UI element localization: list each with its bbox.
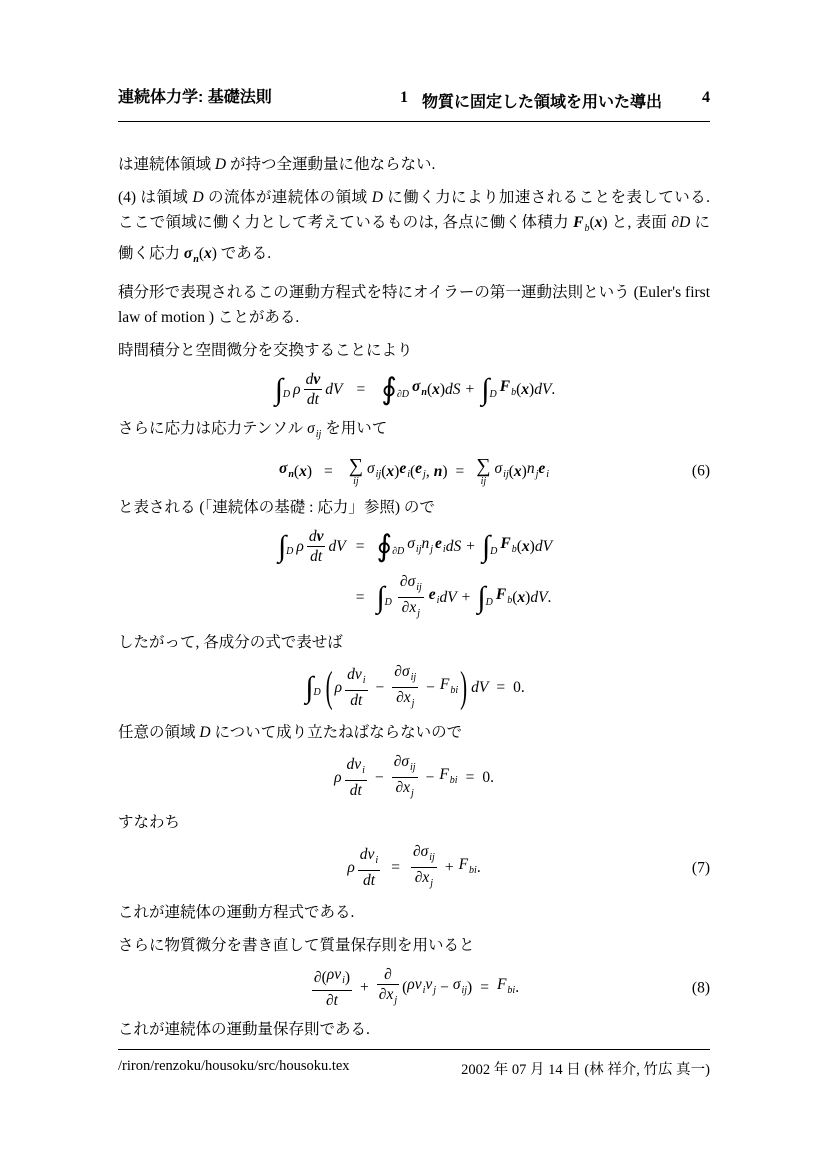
numerator: ∂σij: [411, 843, 437, 866]
fraction: dvdt: [304, 371, 323, 408]
fraction: ∂σij∂xj: [398, 573, 424, 622]
equation: ρdvidt=∂σij∂xj+Fbi.(7): [118, 843, 710, 892]
text-segment: +: [466, 534, 475, 559]
fraction-bar: [345, 690, 367, 691]
math-token: v: [317, 528, 324, 545]
fraction-bar: [411, 867, 437, 868]
operator-symbol: ∑: [476, 455, 490, 477]
text-segment: さらに応力は応力テンソル: [118, 420, 307, 437]
text-segment: について成り立たねばならないので: [211, 724, 463, 741]
text-segment: ): [467, 975, 472, 1000]
math-token: ∂σij: [400, 573, 422, 596]
text-segment: +: [466, 377, 475, 402]
operator-symbol: ∫: [278, 531, 286, 563]
fraction: ∂σij∂xj: [411, 843, 437, 892]
math-token: n: [434, 459, 443, 484]
denominator: dt: [348, 692, 364, 709]
sum-operator: ∑ij: [476, 455, 490, 487]
math-token: ∂xj: [395, 779, 413, 802]
text-segment: すなわち: [118, 814, 180, 831]
operator-symbol: ∮: [381, 374, 397, 406]
text-segment: ): [307, 459, 312, 484]
text-segment: これが連続体の運動方程式である.: [118, 904, 354, 921]
paragraph: と表される (「連続体の基礎 : 応力」参照) ので: [118, 495, 710, 520]
paragraph: 任意の領域 D について成り立たねばならないので: [118, 720, 710, 745]
subscript: j: [433, 985, 436, 996]
fraction-bar: [392, 687, 418, 688]
text-segment: =: [356, 534, 365, 559]
paragraph: (4) は領域 D の流体が連続体の領域 D に働く力により加速されることを表し…: [118, 185, 710, 272]
paragraph: これが連続体の運動量保存則である.: [118, 1017, 710, 1042]
section-title: 物質に固定した領域を用いた導出: [422, 89, 662, 112]
operator-subscript: D: [490, 539, 497, 564]
numerator: ∂σij: [398, 573, 424, 596]
text-segment: 時間積分と空間微分を交換することにより: [118, 342, 413, 359]
fraction-bar: [392, 777, 418, 778]
operator-subscript: D: [486, 590, 493, 615]
operator-symbol: ∫: [477, 582, 485, 614]
big-operator: ∫D: [376, 582, 392, 614]
math-token: ∂xj: [379, 986, 397, 1009]
page-content-area: 連続体力学: 基礎法則 1 物質に固定した領域を用いた導出 4 は連続体領域 D…: [118, 84, 710, 1050]
math-token: D: [193, 189, 204, 206]
fraction-bar: [307, 546, 326, 547]
numerator: ∂: [382, 966, 394, 983]
equation: σn(x)=∑ijσij(x)ei(ej,n)=∑ijσij(x)njei(6): [118, 455, 710, 487]
equation: ∫DρdvdtdV=∮∂Dσn(x)dS+∫DFb(x)dV.: [118, 371, 710, 408]
fraction: dvdt: [307, 528, 326, 565]
paragraph: さらに応力は応力テンソル σij を用いて: [118, 416, 710, 447]
subscript: i: [363, 675, 366, 686]
equation-lhs: ∫DρdvdtdV: [276, 528, 346, 565]
operator-symbol: ∫: [376, 582, 384, 614]
operator-subscript: ij: [481, 477, 487, 487]
fraction: ∂∂xj: [377, 966, 399, 1009]
math-token: dvi: [360, 846, 378, 869]
document-title: 連続体力学: 基礎法則: [118, 84, 272, 107]
math-token: x: [386, 459, 394, 484]
math-token: dV: [530, 585, 547, 610]
text-segment: =: [391, 855, 400, 880]
numerator: dvi: [358, 846, 380, 869]
denominator: dt: [361, 872, 377, 889]
text-segment: .: [515, 975, 519, 1000]
math-token: ∂xj: [415, 869, 433, 892]
fraction-bar: [312, 990, 352, 991]
text-segment: (4) は領域: [118, 189, 193, 206]
subscript: bi: [469, 865, 477, 876]
math-token: dV: [535, 534, 552, 559]
equation: ∂(ρvi)∂t+∂∂xj(ρvivj−σij)=Fbi.(8): [118, 966, 710, 1009]
math-token: ∂xj: [402, 599, 420, 622]
math-token: σn: [412, 374, 427, 405]
paragraph: 積分形で表現されるこの運動方程式を特にオイラーの第一運動法則という (Euler…: [118, 280, 710, 330]
math-token: ρ: [296, 534, 303, 559]
sum-operator: ∑ij: [349, 455, 363, 487]
text-segment: =: [324, 459, 333, 484]
math-token: x: [521, 377, 529, 402]
document-page: 連続体力学: 基礎法則 1 物質に固定した領域を用いた導出 4 は連続体領域 D…: [0, 0, 826, 1169]
fraction: ∂σij∂xj: [392, 663, 418, 712]
text-segment: と, 表面: [608, 214, 672, 231]
numerator: ∂σij: [392, 663, 418, 686]
fraction-bar: [377, 984, 399, 985]
subscript: i: [546, 469, 549, 480]
equation: ρdvidt−∂σij∂xj−Fbi=0.: [118, 753, 710, 802]
denominator: ∂xj: [377, 986, 399, 1009]
operator-subscript: ij: [353, 477, 359, 487]
math-token: dV: [439, 585, 456, 610]
math-token: Fb: [500, 374, 516, 405]
text-segment: は連続体領域: [118, 156, 215, 173]
operator-symbol: ∫: [481, 374, 489, 406]
denominator: dt: [348, 782, 364, 799]
equation-line: ρdvidt−∂σij∂xj−Fbi=0.: [334, 753, 494, 802]
text-segment: =: [480, 975, 489, 1000]
text-segment: .: [548, 585, 552, 610]
math-token: D: [372, 189, 383, 206]
equation-number: (8): [692, 975, 710, 1000]
subscript: j: [417, 608, 420, 619]
subscript: i: [362, 765, 365, 776]
text-segment: −: [426, 765, 435, 790]
denominator: dt: [308, 548, 324, 565]
subscript: ij: [411, 672, 417, 683]
math-token: ρ: [335, 675, 342, 700]
subscript: i: [375, 855, 378, 866]
subscript: bi: [450, 775, 458, 786]
subscript: j: [430, 544, 433, 555]
equation-rhs: =∮∂DσijnjeidS+∫DFb(x)dV: [346, 528, 552, 565]
text-segment: したがって, 各成分の式で表せば: [118, 634, 343, 651]
paragraph: したがって, 各成分の式で表せば: [118, 630, 710, 655]
math-token: σij: [367, 456, 381, 487]
operator-symbol: ∑: [349, 455, 363, 477]
math-token: D: [215, 156, 226, 173]
text-segment: =: [496, 675, 505, 700]
math-token: ei: [399, 456, 410, 487]
section-heading: 1 物質に固定した領域を用いた導出: [400, 89, 662, 112]
math-token: ei: [429, 582, 440, 613]
operator-symbol: ∫: [275, 374, 283, 406]
text-segment: +: [360, 975, 369, 1000]
text-segment: =: [356, 585, 365, 610]
big-operator: ∫D: [477, 582, 493, 614]
subscript: j: [411, 788, 414, 799]
paragraph: 時間積分と空間微分を交換することにより: [118, 338, 710, 363]
math-token: ∂xj: [396, 689, 414, 712]
numerator: ∂(ρvi): [312, 966, 352, 989]
math-token: d: [306, 371, 314, 388]
math-token: dt: [310, 548, 322, 565]
operator-symbol: ∮: [376, 531, 392, 563]
math-token: x: [204, 245, 212, 262]
math-token: dV: [325, 377, 342, 402]
denominator: ∂xj: [413, 869, 435, 892]
text-segment: −: [440, 975, 449, 1000]
subscript: j: [394, 995, 397, 1006]
big-left-paren: (: [326, 662, 333, 713]
paragraph: これが連続体の運動方程式である.: [118, 900, 710, 925]
paragraph: すなわち: [118, 810, 710, 835]
equation-number: (6): [692, 459, 710, 484]
math-token: ∂t: [326, 992, 338, 1009]
math-token: ∂σij: [413, 843, 435, 866]
equation-align-grid: ∫DρdvdtdV=∮∂DσijnjeidS+∫DFb(x)dV=∫D∂σij∂…: [276, 528, 552, 622]
math-token: Fbi: [439, 762, 457, 793]
subscript: ij: [429, 852, 435, 863]
header-right-group: 1 物質に固定した領域を用いた導出 4: [400, 89, 710, 112]
math-token: nj: [421, 531, 433, 562]
text-segment: =: [356, 377, 365, 402]
document-body: は連続体領域 D が持つ全運動量に他ならない.(4) は領域 D の流体が連続体…: [118, 152, 710, 1042]
big-operator: ∫D: [275, 374, 291, 406]
text-segment: =: [456, 459, 465, 484]
math-token: dV: [471, 675, 488, 700]
text-segment: さらに物質微分を書き直して質量保存則を用いると: [118, 937, 475, 954]
math-token: dt: [363, 872, 375, 889]
page-number: 4: [702, 89, 710, 107]
fraction-bar: [345, 780, 367, 781]
text-segment: が持つ全運動量に他ならない.: [226, 156, 435, 173]
equation: ∫DρdvdtdV=∮∂DσijnjeidS+∫DFb(x)dV=∫D∂σij∂…: [118, 528, 710, 622]
operator-symbol: ∫: [482, 531, 490, 563]
math-token: ∂σij: [394, 663, 416, 686]
equation-line: ∫DρdvdtdV=∮∂Dσn(x)dS+∫DFb(x)dV.: [273, 371, 556, 408]
subscript: ij: [416, 582, 422, 593]
text-segment: −: [375, 765, 384, 790]
equation-rhs: =∫D∂σij∂xjeidV+∫DFb(x)dV.: [346, 573, 552, 622]
subscript: j: [430, 878, 433, 889]
math-token: σij: [495, 456, 509, 487]
math-token: σij: [307, 420, 321, 437]
text-segment: ): [345, 969, 350, 986]
text-segment: +: [462, 585, 471, 610]
text-segment: .: [477, 855, 481, 880]
text-segment: −: [426, 675, 435, 700]
text-segment: ,: [426, 459, 430, 484]
text-segment: .: [551, 377, 555, 402]
operator-subscript: D: [283, 382, 290, 407]
subscript: bi: [507, 985, 515, 996]
math-token: ei: [538, 456, 549, 487]
math-token: ρ: [334, 765, 341, 790]
fraction-bar: [304, 389, 323, 390]
text-segment: 0.: [482, 765, 494, 790]
equation-line: σn(x)=∑ijσij(x)ei(ej,n)=∑ijσij(x)njei: [279, 455, 549, 487]
fraction: ∂σij∂xj: [392, 753, 418, 802]
text-segment: =: [466, 765, 475, 790]
numerator: ∂σij: [392, 753, 418, 776]
denominator: dt: [305, 391, 321, 408]
math-token: dvi: [347, 666, 365, 689]
operator-subscript: ∂D: [397, 382, 409, 407]
text-segment: ): [442, 459, 447, 484]
paragraph: は連続体領域 D が持つ全運動量に他ならない.: [118, 152, 710, 177]
fraction-bar: [358, 870, 380, 871]
paragraph: さらに物質微分を書き直して質量保存則を用いると: [118, 933, 710, 958]
text-segment: である.: [217, 245, 271, 262]
math-token: σn: [184, 245, 199, 262]
text-segment: の流体が連続体の領域: [204, 189, 372, 206]
big-operator: ∫D: [305, 672, 321, 704]
math-token: ∂σij: [394, 753, 416, 776]
math-token: d: [309, 528, 317, 545]
fraction: dvidt: [345, 666, 367, 709]
fraction: dvidt: [358, 846, 380, 889]
math-token: dt: [350, 692, 362, 709]
footer-date-authors: 2002 年 07 月 14 日 (林 祥介, 竹広 真一): [461, 1058, 710, 1079]
math-token: x: [299, 459, 307, 484]
equation-line: ∂(ρvi)∂t+∂∂xj(ρvivj−σij)=Fbi.: [309, 966, 519, 1009]
page-header: 連続体力学: 基礎法則 1 物質に固定した領域を用いた導出 4: [118, 84, 710, 122]
math-token: D: [199, 724, 210, 741]
math-token: ∂: [314, 969, 322, 986]
big-operator: ∫D: [481, 374, 497, 406]
text-segment: +: [445, 855, 454, 880]
equation-lhs: [276, 573, 346, 622]
text-segment: を用いて: [321, 420, 387, 437]
fraction-bar: [398, 597, 424, 598]
text-segment: 積分形で表現されるこの運動方程式を特にオイラーの第一運動法則という (Euler…: [118, 284, 710, 326]
numerator: dvi: [345, 666, 367, 689]
section-number: 1: [400, 89, 408, 112]
subscript: ij: [410, 762, 416, 773]
math-token: ∂: [384, 966, 392, 983]
text-segment: −: [376, 675, 385, 700]
fraction: ∂(ρvi)∂t: [312, 966, 352, 1009]
math-token: vj: [425, 972, 436, 1003]
math-token: nj: [527, 456, 539, 487]
equation-line: ρdvidt=∂σij∂xj+Fbi.: [347, 843, 480, 892]
math-token: Fbi: [497, 972, 515, 1003]
denominator: ∂xj: [394, 689, 416, 712]
math-token: dV: [534, 377, 551, 402]
big-operator: ∮∂D: [381, 374, 410, 406]
big-operator: ∮∂D: [376, 531, 405, 563]
text-segment: これが連続体の運動量保存則である.: [118, 1021, 370, 1038]
math-token: Fbi: [459, 852, 477, 883]
denominator: ∂xj: [393, 779, 415, 802]
equation-line: ∫D(ρdvidt−∂σij∂xj−Fbi)dV=0.: [303, 663, 525, 712]
math-token: dvi: [347, 756, 365, 779]
subscript: bi: [450, 685, 458, 696]
math-token: x: [514, 459, 522, 484]
math-token: σij: [407, 531, 421, 562]
operator-subscript: D: [490, 382, 497, 407]
math-token: ∂D: [671, 214, 690, 231]
text-segment: と表される (「連続体の基礎 : 応力」参照) ので: [118, 499, 435, 516]
math-token: x: [432, 377, 440, 402]
operator-subscript: D: [313, 680, 320, 705]
math-token: Fbi: [440, 672, 458, 703]
equation: ∫D(ρdvidt−∂σij∂xj−Fbi)dV=0.: [118, 663, 710, 712]
numerator: dv: [307, 528, 326, 545]
math-token: ρvi: [407, 972, 425, 1003]
math-token: dt: [307, 391, 319, 408]
math-token: ei: [435, 531, 446, 562]
footer-source-path: /riron/renzoku/housoku/src/housoku.tex: [118, 1058, 350, 1079]
denominator: ∂t: [324, 992, 340, 1009]
numerator: dv: [304, 371, 323, 388]
subscript: j: [412, 698, 415, 709]
math-token: v: [313, 371, 320, 388]
math-token: ej: [415, 456, 426, 487]
fraction: dvidt: [345, 756, 367, 799]
math-token: dS: [445, 377, 461, 402]
text-segment: 任意の領域: [118, 724, 199, 741]
math-token: ρvi: [327, 966, 345, 989]
math-token: dt: [350, 782, 362, 799]
math-token: ρ: [347, 855, 354, 880]
operator-subscript: ∂D: [392, 539, 404, 564]
math-token: ρ: [293, 377, 300, 402]
denominator: ∂xj: [400, 599, 422, 622]
math-token: Fb: [500, 531, 516, 562]
math-token: x: [522, 534, 530, 559]
text-segment: 0.: [513, 675, 525, 700]
math-token: σij: [453, 972, 467, 1003]
operator-subscript: D: [385, 590, 392, 615]
math-token: Fb: [496, 582, 512, 613]
math-token: dS: [446, 534, 462, 559]
equation-number: (7): [692, 855, 710, 880]
math-token: Fb: [573, 214, 589, 231]
big-operator: ∫D: [482, 531, 498, 563]
math-token: x: [517, 585, 525, 610]
numerator: dvi: [345, 756, 367, 779]
page-footer: /riron/renzoku/housoku/src/housoku.tex 2…: [118, 1049, 710, 1079]
math-token: dV: [328, 534, 345, 559]
operator-subscript: D: [286, 539, 293, 564]
big-right-paren: ): [460, 662, 467, 713]
math-token: σn: [279, 456, 294, 487]
big-operator: ∫D: [278, 531, 294, 563]
